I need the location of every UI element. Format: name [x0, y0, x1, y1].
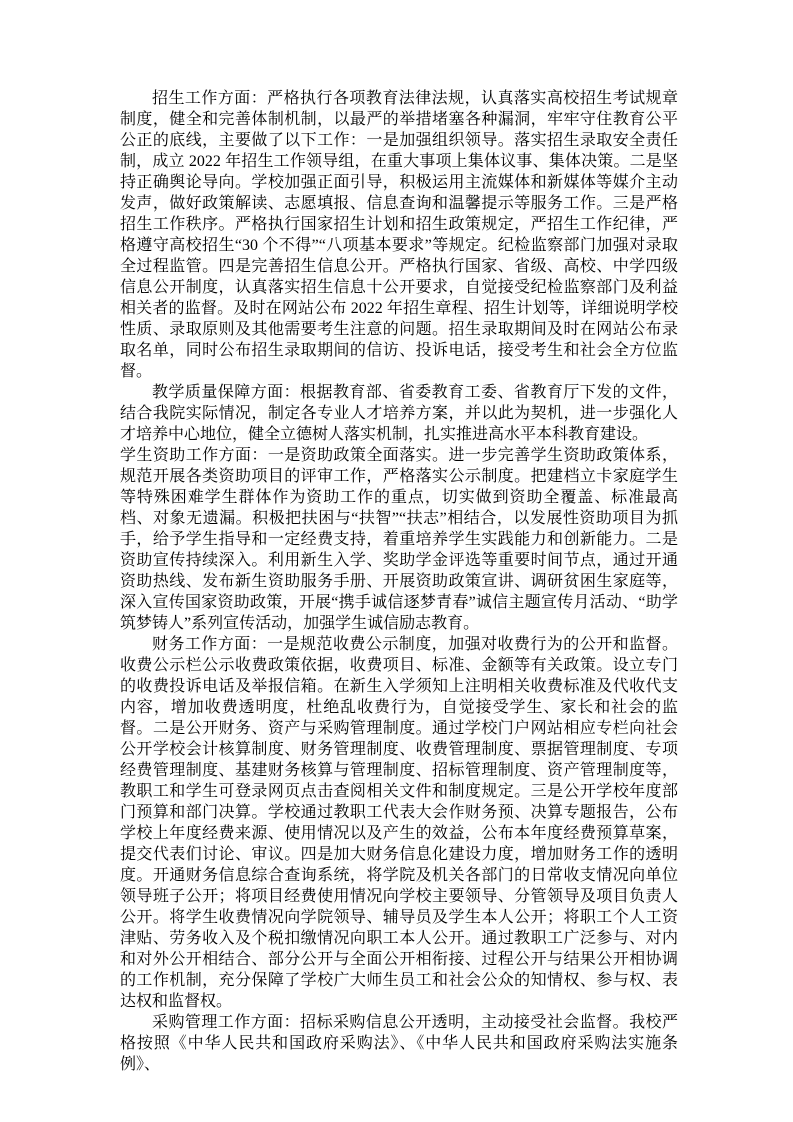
document-page: 招生工作方面：严格执行各项教育法律法规，认真落实高校招生考试规章制度，健全和完善…: [0, 0, 793, 1122]
paragraph-admissions-work: 招生工作方面：严格执行各项教育法律法规，认真落实高校招生考试规章制度，健全和完善…: [120, 88, 678, 382]
paragraph-teaching-quality: 教学质量保障方面：根据教育部、省委教育工委、省教育厅下发的文件，结合我院实际情况…: [120, 382, 678, 445]
paragraph-student-aid: 学生资助工作方面：一是资助政策全面落实。进一步完善学生资助政策体系，规范开展各类…: [120, 445, 678, 634]
paragraph-finance-work: 财务工作方面：一是规范收费公示制度，加强对收费行为的公开和监督。收费公示栏公示收…: [120, 634, 678, 1012]
document-body: 招生工作方面：严格执行各项教育法律法规，认真落实高校招生考试规章制度，健全和完善…: [120, 88, 678, 1075]
paragraph-procurement-work: 采购管理工作方面：招标采购信息公开透明，主动接受社会监督。我校严格按照《中华人民…: [120, 1012, 678, 1075]
